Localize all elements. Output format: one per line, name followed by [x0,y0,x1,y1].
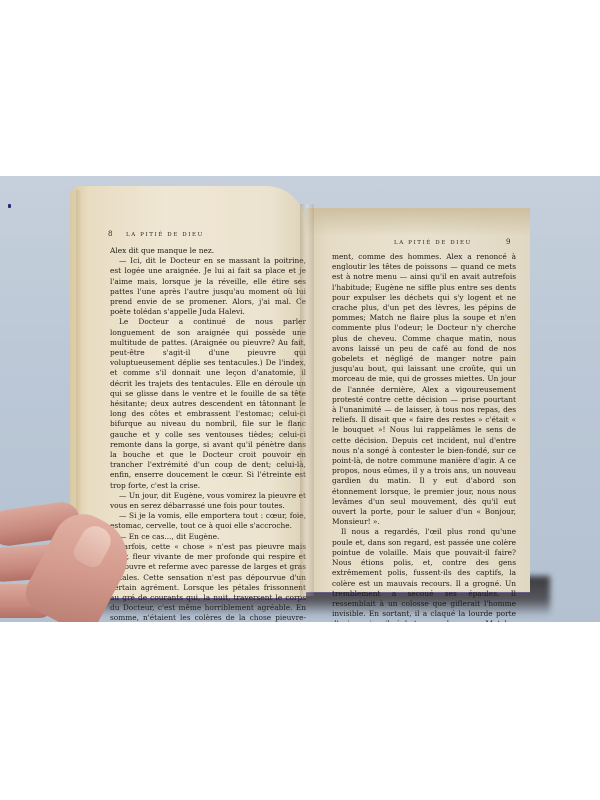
page-number-left: 8 [108,230,112,238]
holding-hand [0,496,140,622]
running-head-left: LA PITIÉ DE DIEU [126,232,204,238]
book-photograph: 8 LA PITIÉ DE DIEU Alex dit que manque l… [0,176,600,622]
paragraph: Le Docteur a continué de nous parler lon… [110,317,306,490]
right-page: LA PITIÉ DE DIEU 9 ment, comme des homme… [306,208,530,592]
paragraph: Alex dit que manque le nez. [110,246,306,256]
paragraph: Il nous a regardés, l'œil plus rond qu'u… [332,527,516,622]
running-head-right: LA PITIÉ DE DIEU [394,240,472,246]
right-page-text: ment, comme des hommes. Alex a renoncé à… [332,252,516,622]
paragraph: ment, comme des hommes. Alex a renoncé à… [332,252,516,527]
stray-ink-mark [8,204,11,208]
page-number-right: 9 [506,238,510,246]
book-gutter [300,204,314,596]
paragraph: — Ici, dit le Docteur en se massant la p… [110,256,306,317]
